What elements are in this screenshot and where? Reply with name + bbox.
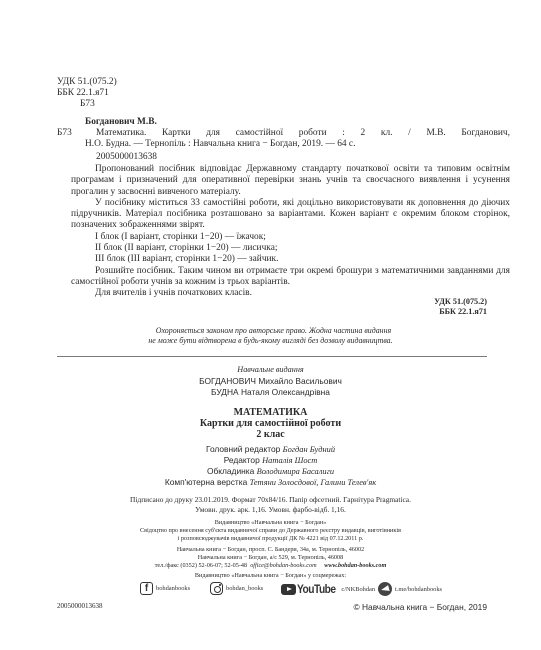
phone-fax: тел./факс (0352) 52-06-07; 52-05-48 <box>155 562 247 569</box>
author1: БОГДАНОВИЧ Михайло Васильович <box>0 376 541 386</box>
print-details-line2: Умовн. друк. арк. 1,16. Умовн. фарбо-від… <box>0 505 541 514</box>
youtube-icon: YouTube <box>281 582 338 596</box>
author2: БУДНА Наталя Олександрівна <box>0 387 541 397</box>
social-label: c/NKBohdan <box>341 586 375 593</box>
block-list-item: ІІ блок (ІІ варіант, сторінки 1−20) — ли… <box>71 243 510 254</box>
author2-name: Наталя Олександрівна <box>241 387 330 397</box>
website-link[interactable]: www.bohdan-books.com <box>324 562 386 569</box>
credit-role: Редактор <box>224 455 260 465</box>
divider <box>57 356 487 357</box>
credit-name: Богдан Будний <box>283 445 335 454</box>
credit-editor: Редактор Наталія Шост <box>0 455 541 466</box>
annotation-paragraph: У посібнику міститься 33 самостійні робо… <box>71 198 510 232</box>
telegram-icon <box>378 582 392 596</box>
book-title: МАТЕМАТИКА <box>0 407 541 418</box>
youtube-wordmark: YouTube <box>297 582 336 596</box>
credit-chief-editor: Головний редактор Богдан Будний <box>0 444 541 455</box>
address-line1: Навчальна книга − Богдан, просп. С. Банд… <box>0 546 541 554</box>
certificate-line1: Свідоцтво про внесення суб'єкта видавнич… <box>0 527 541 535</box>
credit-role: Головний редактор <box>206 444 280 454</box>
footer-isbn: 2005000013638 <box>57 602 103 611</box>
catalog-title-line1: Математика. Картки для самостійної робот… <box>96 128 510 139</box>
catalog-code: Б73 <box>57 128 72 139</box>
social-instagram[interactable]: bohdan_books <box>210 582 263 595</box>
social-label: bohdanbooks <box>156 585 190 592</box>
email-link[interactable]: office@bohdan-books.com <box>250 562 316 569</box>
credit-cover: Обкладинка Володимира Басалиги <box>0 466 541 477</box>
credit-role: Комп'ютерна верстка <box>165 477 247 487</box>
catalog-title-line2: Н.О. Будна. — Тернопіль : Навчальна книг… <box>85 139 355 150</box>
book-grade: 2 клас <box>0 429 541 440</box>
block-list-item: ІІІ блок (ІІІ варіант, сторінки 1−20) — … <box>71 254 510 265</box>
bbk-code-bold: ББК 22.1.я71 <box>439 307 487 317</box>
social-heading: Видавництво «Навчальна книга − Богдан» у… <box>0 572 541 580</box>
social-label: bohdan_books <box>226 585 263 592</box>
print-details-line1: Підписано до друку 23.01.2019. Формат 70… <box>0 495 541 504</box>
footer-copyright: © Навчальна книга − Богдан, 2019 <box>354 602 487 612</box>
social-telegram[interactable]: t.me/bohdanbooks <box>378 582 442 596</box>
social-youtube[interactable]: YouTube c/NKBohdan <box>281 582 375 596</box>
udk-code-bold: УДК 51.(075.2) <box>434 297 487 307</box>
annotation-paragraph: Пропонований посібник відповідає Державн… <box>71 164 510 198</box>
credit-name: Володимира Басалиги <box>257 467 334 476</box>
copyright-notice-line2: не може бути відтворена в будь-якому виг… <box>0 336 541 346</box>
copyright-notice-line1: Охороняється законом про авторське право… <box>0 326 541 336</box>
block-list-item: І блок (І варіант, сторінки 1−20) — їжач… <box>71 232 510 243</box>
credit-name: Наталія Шост <box>262 456 317 465</box>
credit-name: Тетяни Золосдової, Галини Телев'як <box>250 478 377 487</box>
credit-role: Обкладинка <box>207 466 254 476</box>
author2-surname: БУДНА <box>211 387 239 397</box>
author-mark: Б73 <box>80 99 95 110</box>
edition-type: Навчальне видання <box>0 365 541 375</box>
address-line2: Навчальна книга − Богдан, а/с 529, м. Те… <box>0 554 541 562</box>
certificate-line2: і розповсюджувачів видавничої продукції … <box>0 535 541 543</box>
catalog-author: Богданович М.В. <box>85 117 157 128</box>
author1-name: Михайло Васильович <box>258 376 342 386</box>
catalog-isbn: 2005000013638 <box>96 152 157 163</box>
udk-code: УДК 51.(075.2) <box>57 77 117 88</box>
contacts-line: тел./факс (0352) 52-06-07; 52-05-48 offi… <box>0 562 541 570</box>
annotation: Пропонований посібник відповідає Державн… <box>71 164 510 300</box>
instagram-icon <box>210 582 223 595</box>
bbk-code: ББК 22.1.я71 <box>57 88 109 99</box>
social-facebook[interactable]: f bohdanbooks <box>140 582 190 595</box>
annotation-paragraph: Розшийте посібник. Таким чином ви отрима… <box>71 266 510 289</box>
credit-layout: Комп'ютерна верстка Тетяни Золосдової, Г… <box>0 477 541 488</box>
facebook-icon: f <box>140 582 153 595</box>
book-subtitle: Картки для самостійної роботи <box>0 418 541 429</box>
publisher-name: Видавництво «Навчальна книга − Богдан» <box>0 519 541 527</box>
social-label: t.me/bohdanbooks <box>395 586 442 593</box>
author1-surname: БОГДАНОВИЧ <box>199 376 256 386</box>
